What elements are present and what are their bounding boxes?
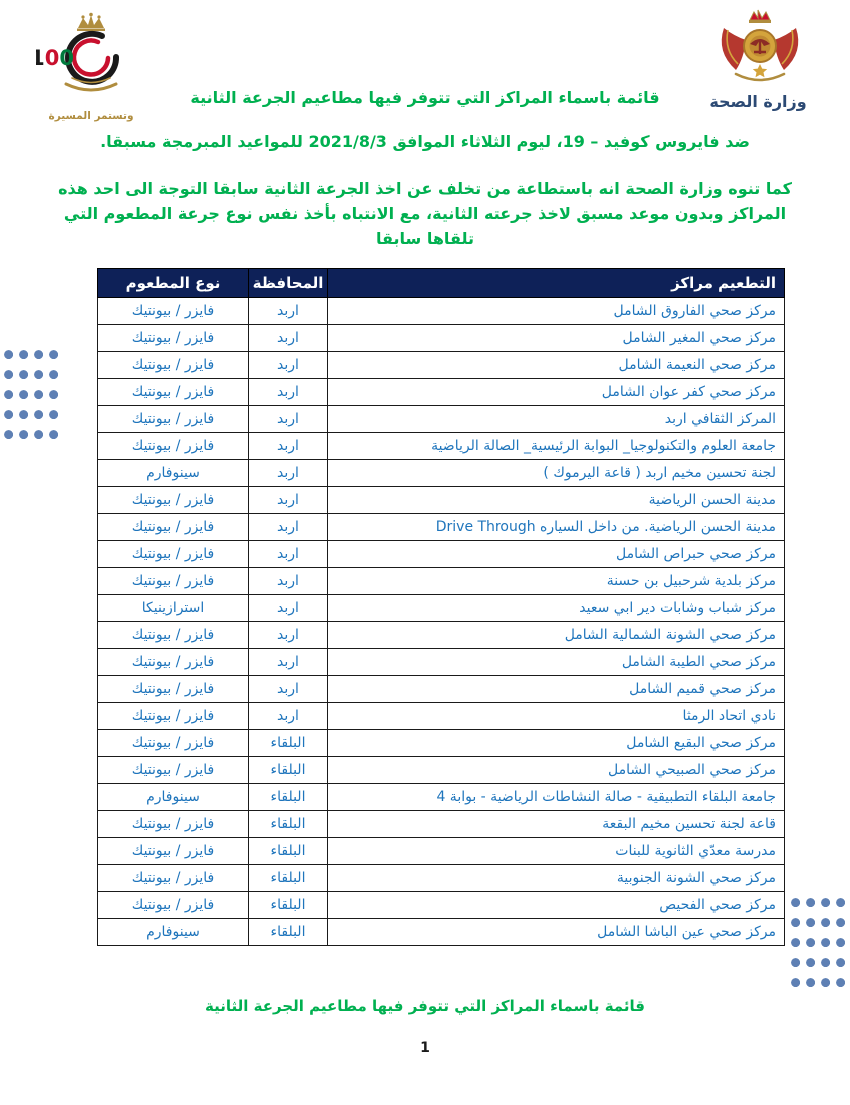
center-name-cell: مركز صحي النعيمة الشامل bbox=[328, 352, 785, 379]
vaccine-type-cell: استرازينيكا bbox=[98, 595, 249, 622]
vaccine-type-cell: فايزر / بيونتيك bbox=[98, 541, 249, 568]
governorate-cell: اربد bbox=[249, 325, 328, 352]
table-row: مركز صحي الشونة الجنوبيةالبلقاءفايزر / ب… bbox=[98, 865, 785, 892]
table-row: مركز بلدية شرحبيل بن حسنةاربدفايزر / بيو… bbox=[98, 568, 785, 595]
vaccine-type-cell: فايزر / بيونتيك bbox=[98, 811, 249, 838]
header-row: التطعيم مراكزالمحافظةنوع المطعوم bbox=[98, 269, 785, 298]
center-name-cell: مركز صحي البقيع الشامل bbox=[328, 730, 785, 757]
governorate-cell: اربد bbox=[249, 703, 328, 730]
table-row: مركز صحي كفر عوان الشاملاربدفايزر / بيون… bbox=[98, 379, 785, 406]
vaccine-type-cell: سينوفارم bbox=[98, 919, 249, 946]
table-row: مركز صحي الصبيحي الشاملالبلقاءفايزر / بي… bbox=[98, 757, 785, 784]
table-row: مركز صحي حبراص الشاملاربدفايزر / بيونتيك bbox=[98, 541, 785, 568]
vaccine-type-cell: فايزر / بيونتيك bbox=[98, 622, 249, 649]
governorate-cell: اربد bbox=[249, 379, 328, 406]
governorate-cell: البلقاء bbox=[249, 919, 328, 946]
governorate-cell: اربد bbox=[249, 622, 328, 649]
center-name-cell: جامعة البلقاء التطبيقية - صالة النشاطات … bbox=[328, 784, 785, 811]
governorate-cell: اربد bbox=[249, 298, 328, 325]
center-name-cell: جامعة العلوم والتكنولوجيا_ البوابة الرئي… bbox=[328, 433, 785, 460]
vaccine-type-cell: فايزر / بيونتيك bbox=[98, 298, 249, 325]
center-name-cell: مركز صحي الطيبة الشامل bbox=[328, 649, 785, 676]
governorate-cell: اربد bbox=[249, 487, 328, 514]
vaccine-type-cell: سينوفارم bbox=[98, 784, 249, 811]
table-row: مركز صحي الطيبة الشاملاربدفايزر / بيونتي… bbox=[98, 649, 785, 676]
center-name-cell: المركز الثقافي اربد bbox=[328, 406, 785, 433]
vaccine-type-cell: سينوفارم bbox=[98, 460, 249, 487]
vaccine-type-cell: فايزر / بيونتيك bbox=[98, 730, 249, 757]
svg-text:100: 100 bbox=[36, 46, 74, 70]
vaccine-type-cell: فايزر / بيونتيك bbox=[98, 568, 249, 595]
center-name-cell: مركز صحي الشونة الشمالية الشامل bbox=[328, 622, 785, 649]
vaccine-type-cell: فايزر / بيونتيك bbox=[98, 514, 249, 541]
governorate-cell: البلقاء bbox=[249, 730, 328, 757]
table-row: مركز شباب وشابات دير ابي سعيداربداسترازي… bbox=[98, 595, 785, 622]
table-row: مدرسة معدّي الثانوية للبناتالبلقاءفايزر … bbox=[98, 838, 785, 865]
governorate-cell: اربد bbox=[249, 568, 328, 595]
vaccine-type-cell: فايزر / بيونتيك bbox=[98, 487, 249, 514]
center-name-cell: مركز صحي الشونة الجنوبية bbox=[328, 865, 785, 892]
vaccine-type-cell: فايزر / بيونتيك bbox=[98, 433, 249, 460]
table-row: مركز صحي عين الباشا الشاملالبلقاءسينوفار… bbox=[98, 919, 785, 946]
governorate-cell: اربد bbox=[249, 460, 328, 487]
governorate-cell: اربد bbox=[249, 352, 328, 379]
center-name-cell: قاعة لجنة تحسين مخيم البقعة bbox=[328, 811, 785, 838]
ministry-notice-paragraph: كما تنوه وزارة الصحة انه باستطاعة من تخل… bbox=[0, 176, 850, 251]
table-row: المركز الثقافي اربداربدفايزر / بيونتيك bbox=[98, 406, 785, 433]
table-row: مركز صحي الشونة الشمالية الشاملاربدفايزر… bbox=[98, 622, 785, 649]
notice-line: تلقاها سابقا bbox=[0, 226, 850, 251]
governorate-cell: البلقاء bbox=[249, 757, 328, 784]
table-row: مركز صحي قميم الشاملاربدفايزر / بيونتيك bbox=[98, 676, 785, 703]
table-row: مدينة الحسن الرياضية. من داخل السياره Dr… bbox=[98, 514, 785, 541]
table-row: جامعة العلوم والتكنولوجيا_ البوابة الرئي… bbox=[98, 433, 785, 460]
notice-line: المراكز وبدون موعد مسبق لاخذ جرعته الثان… bbox=[0, 201, 850, 226]
footer-title: قائمة باسماء المراكز التي تتوفر فيها مطا… bbox=[0, 997, 850, 1015]
centennial-caption: وتستمر المسيرة bbox=[36, 110, 146, 122]
table-row: مركز صحي المغير الشاملاربدفايزر / بيونتي… bbox=[98, 325, 785, 352]
governorate-cell: اربد bbox=[249, 676, 328, 703]
center-name-cell: مدينة الحسن الرياضية. من داخل السياره Dr… bbox=[328, 514, 785, 541]
center-name-cell: مدرسة معدّي الثانوية للبنات bbox=[328, 838, 785, 865]
center-name-cell: مركز شباب وشابات دير ابي سعيد bbox=[328, 595, 785, 622]
center-name-cell: مدينة الحسن الرياضية bbox=[328, 487, 785, 514]
governorate-cell: اربد bbox=[249, 649, 328, 676]
governorate-cell: البلقاء bbox=[249, 838, 328, 865]
table-row: مركز صحي البقيع الشاملالبلقاءفايزر / بيو… bbox=[98, 730, 785, 757]
governorate-cell: اربد bbox=[249, 595, 328, 622]
table-row: مركز صحي النعيمة الشاملاربدفايزر / بيونت… bbox=[98, 352, 785, 379]
table-header: التطعيم مراكزالمحافظةنوع المطعوم bbox=[98, 269, 785, 298]
governorate-cell: البلقاء bbox=[249, 784, 328, 811]
governorate-cell: اربد bbox=[249, 541, 328, 568]
column-header: التطعيم مراكز bbox=[328, 269, 785, 298]
governorate-cell: البلقاء bbox=[249, 811, 328, 838]
jordan-coat-of-arms-icon bbox=[706, 8, 810, 86]
center-name-cell: مركز صحي المغير الشامل bbox=[328, 325, 785, 352]
vaccine-type-cell: فايزر / بيونتيك bbox=[98, 838, 249, 865]
center-name-cell: نادي اتحاد الرمثا bbox=[328, 703, 785, 730]
center-name-cell: لجنة تحسين مخيم اربد ( قاعة اليرموك ) bbox=[328, 460, 785, 487]
vaccine-type-cell: فايزر / بيونتيك bbox=[98, 676, 249, 703]
column-header: المحافظة bbox=[249, 269, 328, 298]
vaccine-type-cell: فايزر / بيونتيك bbox=[98, 703, 249, 730]
vaccine-type-cell: فايزر / بيونتيك bbox=[98, 865, 249, 892]
page-number: 1 bbox=[0, 1040, 850, 1056]
center-name-cell: مركز صحي كفر عوان الشامل bbox=[328, 379, 785, 406]
vaccine-type-cell: فايزر / بيونتيك bbox=[98, 325, 249, 352]
table-body: مركز صحي الفاروق الشاملاربدفايزر / بيونت… bbox=[98, 298, 785, 946]
vaccine-type-cell: فايزر / بيونتيك bbox=[98, 379, 249, 406]
center-name-cell: مركز صحي عين الباشا الشامل bbox=[328, 919, 785, 946]
center-name-cell: مركز صحي الفاروق الشامل bbox=[328, 298, 785, 325]
column-header: نوع المطعوم bbox=[98, 269, 249, 298]
document-title-line2: ضد فايروس كوفيد – 19، ليوم الثلاثاء المو… bbox=[0, 132, 850, 151]
vaccine-type-cell: فايزر / بيونتيك bbox=[98, 649, 249, 676]
decorative-dot-grid-left bbox=[4, 350, 62, 444]
center-name-cell: مركز بلدية شرحبيل بن حسنة bbox=[328, 568, 785, 595]
center-name-cell: مركز صحي قميم الشامل bbox=[328, 676, 785, 703]
governorate-cell: اربد bbox=[249, 433, 328, 460]
governorate-cell: اربد bbox=[249, 406, 328, 433]
vaccine-type-cell: فايزر / بيونتيك bbox=[98, 757, 249, 784]
decorative-dot-grid-right bbox=[791, 898, 849, 992]
vaccination-centers-table: التطعيم مراكزالمحافظةنوع المطعوم مركز صح… bbox=[97, 268, 785, 946]
center-name-cell: مركز صحي الصبيحي الشامل bbox=[328, 757, 785, 784]
vaccine-type-cell: فايزر / بيونتيك bbox=[98, 352, 249, 379]
document-page: { "document": { "title_line1": "قائمة با… bbox=[0, 0, 850, 1105]
document-title-line1: قائمة باسماء المراكز التي تتوفر فيها مطا… bbox=[0, 88, 850, 107]
vaccine-type-cell: فايزر / بيونتيك bbox=[98, 406, 249, 433]
notice-line: كما تنوه وزارة الصحة انه باستطاعة من تخل… bbox=[0, 176, 850, 201]
table-row: قاعة لجنة تحسين مخيم البقعةالبلقاءفايزر … bbox=[98, 811, 785, 838]
governorate-cell: اربد bbox=[249, 514, 328, 541]
governorate-cell: البلقاء bbox=[249, 892, 328, 919]
table-row: مدينة الحسن الرياضيةاربدفايزر / بيونتيك bbox=[98, 487, 785, 514]
table-row: مركز صحي الفحيصالبلقاءفايزر / بيونتيك bbox=[98, 892, 785, 919]
table-row: جامعة البلقاء التطبيقية - صالة النشاطات … bbox=[98, 784, 785, 811]
center-name-cell: مركز صحي الفحيص bbox=[328, 892, 785, 919]
table-row: نادي اتحاد الرمثااربدفايزر / بيونتيك bbox=[98, 703, 785, 730]
governorate-cell: البلقاء bbox=[249, 865, 328, 892]
table-row: لجنة تحسين مخيم اربد ( قاعة اليرموك )ارب… bbox=[98, 460, 785, 487]
vaccine-type-cell: فايزر / بيونتيك bbox=[98, 892, 249, 919]
center-name-cell: مركز صحي حبراص الشامل bbox=[328, 541, 785, 568]
table-row: مركز صحي الفاروق الشاملاربدفايزر / بيونت… bbox=[98, 298, 785, 325]
